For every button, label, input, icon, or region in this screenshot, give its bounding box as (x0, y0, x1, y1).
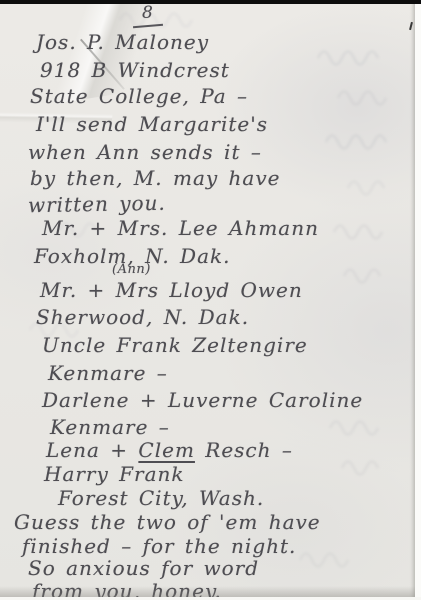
line-segment: Lena + (46, 438, 138, 462)
handwritten-line-name-entry: Darlene + Luverne Caroline (42, 388, 363, 412)
handwritten-line: So anxious for word (28, 556, 259, 580)
scan-shadow-bottom (0, 586, 421, 597)
handwritten-line-street-address: 918 B Windcrest (40, 58, 230, 82)
handwritten-line: Guess the two of 'em have (14, 510, 321, 534)
handwritten-line-name-entry: Mr. + Mrs. Lee Ahmann (42, 216, 319, 240)
scanner-margin-right (415, 0, 421, 600)
handwritten-line-place-entry: Forest City, Wash. (58, 486, 264, 510)
handwritten-line-name-entry: Harry Frank (44, 462, 185, 486)
handwritten-line-city-state: State College, Pa – (30, 84, 248, 108)
scanned-letter-page: 8 Jos. P. Maloney 918 B Windcrest State … (0, 0, 421, 600)
handwritten-line-name-entry: Uncle Frank Zeltengire (42, 333, 308, 357)
handwritten-line-place-entry: Kenmare – (50, 415, 170, 439)
handwritten-line-place-entry: Kenmare – (48, 361, 168, 385)
scan-edge-top (0, 0, 421, 4)
handwritten-line-recipient-name: Jos. P. Maloney (36, 30, 209, 54)
handwritten-line: by then, M. may have (30, 166, 281, 190)
handwritten-line-name-entry: Lena + Clem Resch – (46, 438, 293, 462)
handwritten-line: finished – for the night. (22, 534, 296, 558)
page-number: 8 (142, 3, 154, 23)
underlined-word: Clem (138, 438, 195, 462)
handwritten-line: written you. (28, 191, 166, 217)
line-segment: Resch – (195, 438, 293, 462)
handwritten-line: I'll send Margarite's (36, 112, 268, 136)
annotation-ann: (Ann) (112, 262, 151, 277)
handwritten-line: when Ann sends it – (28, 140, 262, 164)
handwritten-line-place-entry: Sherwood, N. Dak. (36, 305, 249, 329)
handwritten-line-name-entry: Mr. + Mrs Lloyd Owen (40, 278, 303, 302)
